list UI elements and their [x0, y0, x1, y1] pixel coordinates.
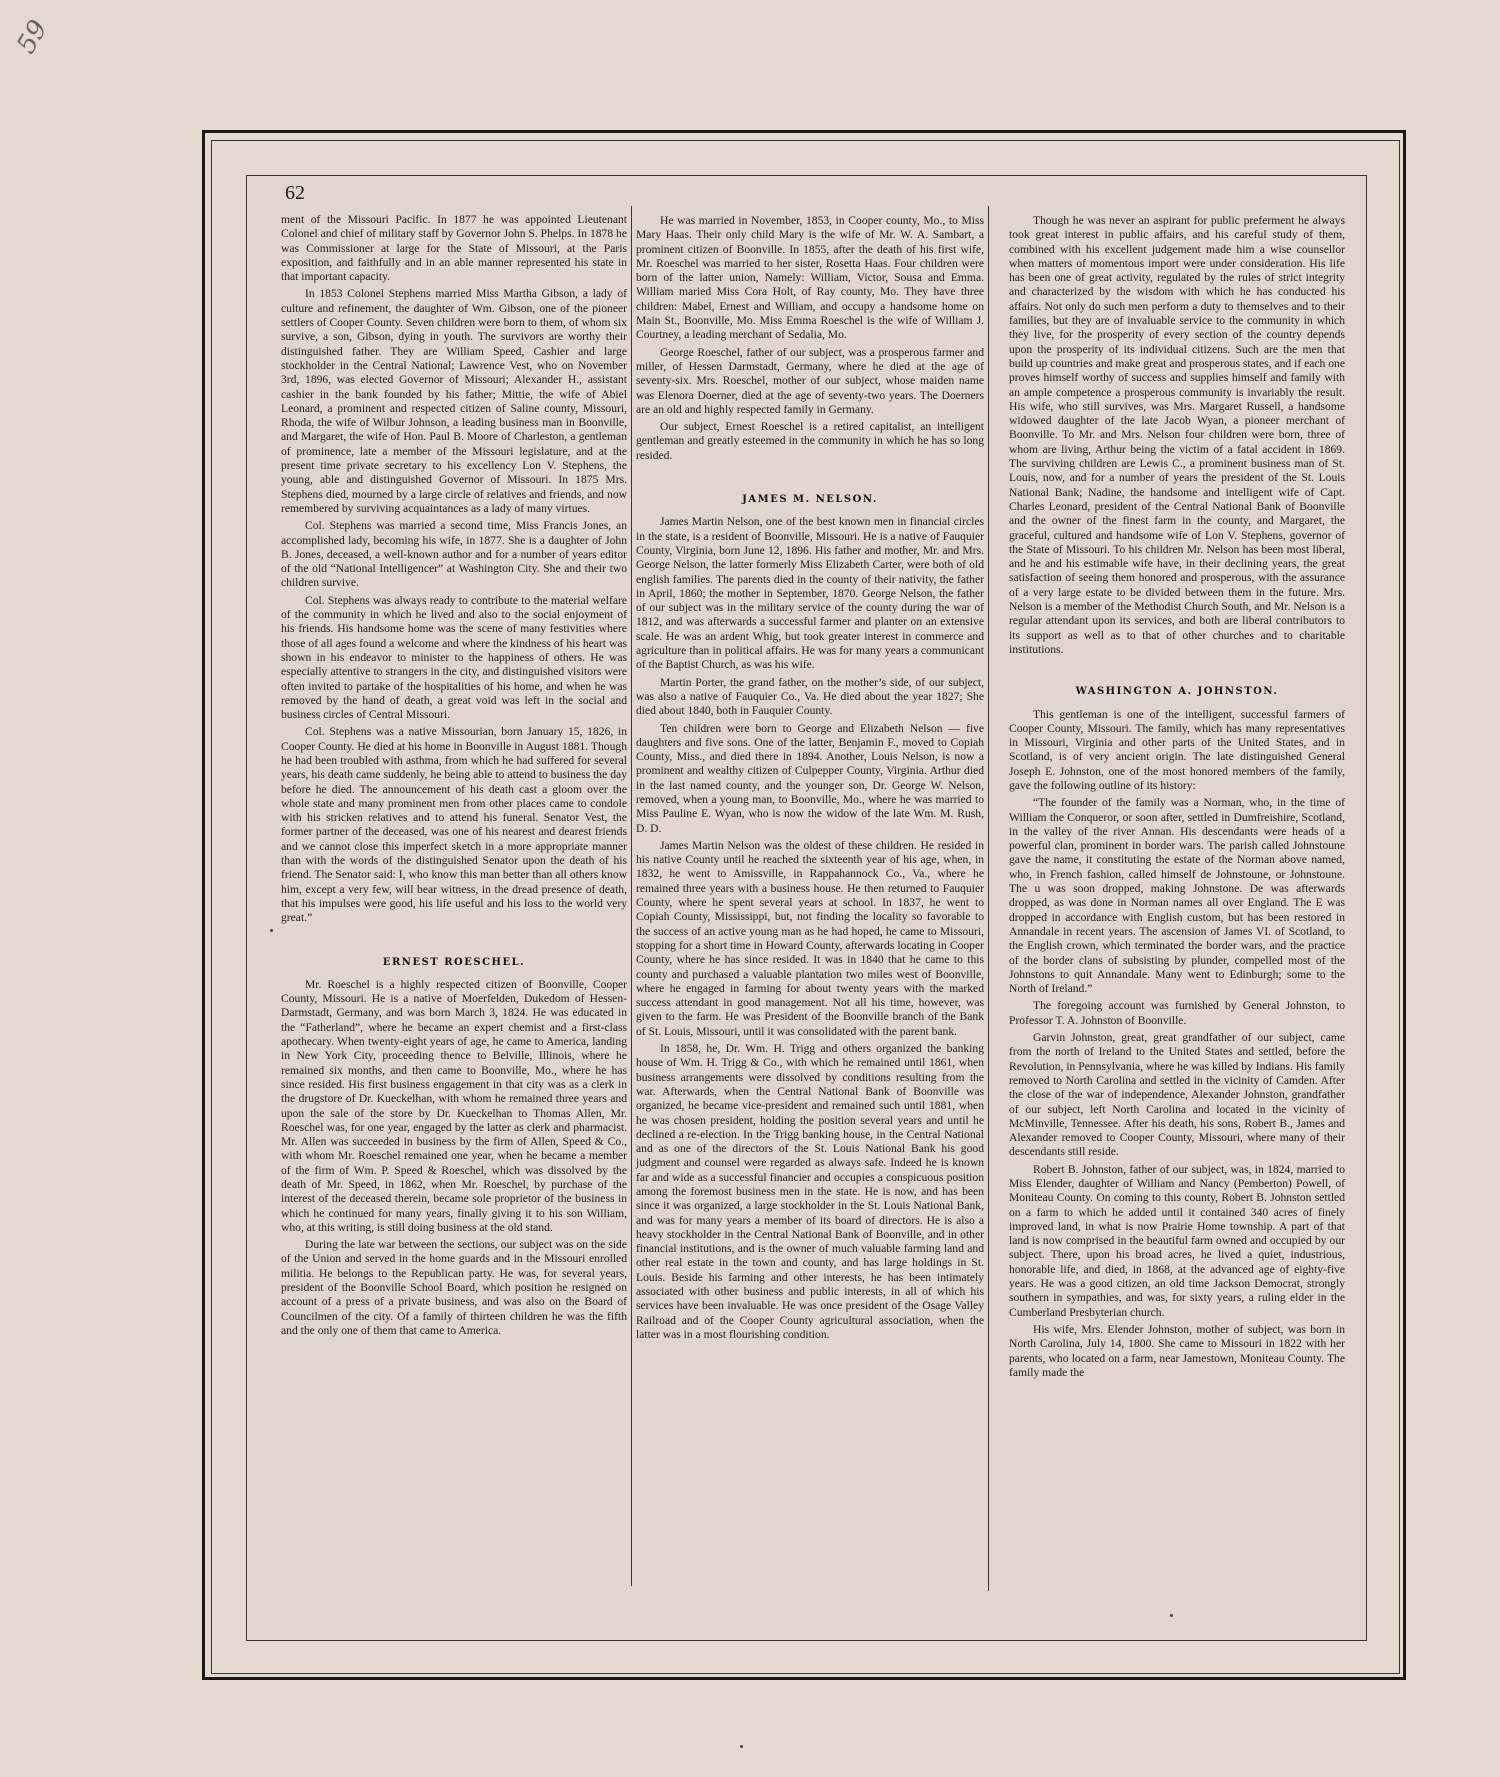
paragraph: In 1853 Colonel Stephens married Miss Ma…	[281, 287, 627, 516]
paragraph: Mr. Roeschel is a highly respected citiz…	[281, 978, 627, 1235]
paragraph: Martin Porter, the grand father, on the …	[636, 676, 984, 719]
paragraph: The foregoing account was furnished by G…	[1009, 999, 1345, 1028]
margin-handwritten-note: 59	[11, 15, 54, 59]
paragraph: James Martin Nelson was the oldest of th…	[636, 839, 984, 1039]
paragraph: This gentleman is one of the intelligent…	[1009, 708, 1345, 794]
paragraph: Col. Stephens was married a second time,…	[281, 519, 627, 590]
page-number: 62	[285, 182, 305, 205]
section-heading: WASHINGTON A. JOHNSTON.	[1009, 685, 1345, 699]
paragraph: In 1858, he, Dr. Wm. H. Trigg and others…	[636, 1042, 984, 1342]
stray-mark	[1170, 1614, 1173, 1617]
stray-mark	[270, 929, 273, 932]
paragraph: George Roeschel, father of our subject, …	[636, 346, 984, 417]
column-rule-2	[988, 206, 989, 1591]
column-rule-1	[631, 206, 632, 1586]
text-column-3: Though he was never an aspirant for publ…	[1009, 214, 1345, 1383]
paragraph: ment of the Missouri Pacific. In 1877 he…	[281, 213, 627, 284]
text-column-2: He was married in November, 1853, in Coo…	[636, 214, 984, 1345]
paragraph: Col. Stephens was always ready to contri…	[281, 594, 627, 723]
paragraph: “The founder of the family was a Norman,…	[1009, 796, 1345, 996]
paragraph: Though he was never an aspirant for publ…	[1009, 214, 1345, 657]
paragraph: During the late war between the sections…	[281, 1238, 627, 1338]
section-heading: ERNEST ROESCHEL.	[281, 956, 627, 970]
paragraph: His wife, Mrs. Elender Johnston, mother …	[1009, 1323, 1345, 1380]
paragraph: Our subject, Ernest Roeschel is a retire…	[636, 420, 984, 463]
paragraph: Robert B. Johnston, father of our subjec…	[1009, 1163, 1345, 1320]
paragraph: He was married in November, 1853, in Coo…	[636, 214, 984, 343]
text-column-1: ment of the Missouri Pacific. In 1877 he…	[281, 213, 627, 1341]
section-heading: JAMES M. NELSON.	[636, 493, 984, 507]
paragraph: James Martin Nelson, one of the best kno…	[636, 515, 984, 672]
stray-mark	[740, 1745, 743, 1748]
paragraph: Garvin Johnston, great, great grandfathe…	[1009, 1031, 1345, 1160]
paragraph: Col. Stephens was a native Missourian, b…	[281, 725, 627, 925]
paragraph: Ten children were born to George and Eli…	[636, 722, 984, 836]
